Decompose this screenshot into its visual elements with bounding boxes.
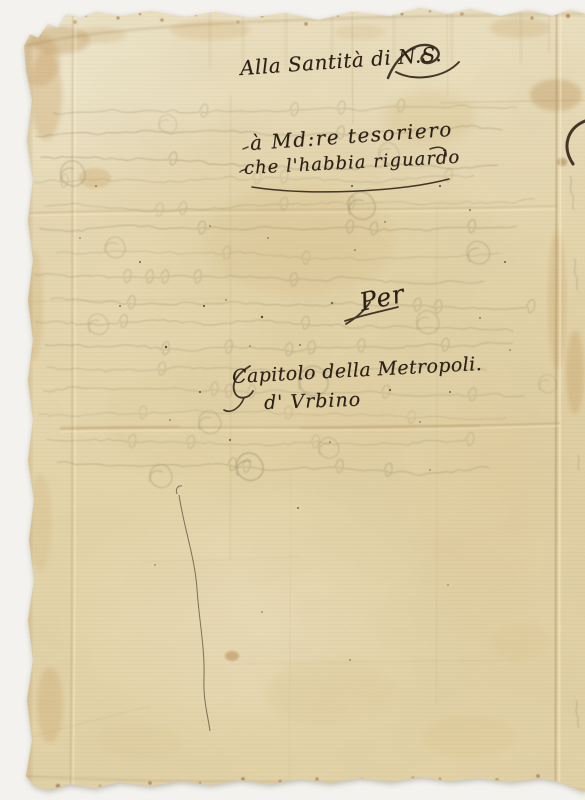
- scanned-manuscript: Alla Santità di N.S. à Md:re tesoriero c…: [0, 0, 585, 800]
- manuscript-page: Alla Santità di N.S. à Md:re tesoriero c…: [0, 0, 585, 800]
- paper-shadow-wrap: Alla Santità di N.S. à Md:re tesoriero c…: [0, 0, 585, 800]
- recipient-line-2: d' Vrbino: [264, 389, 362, 414]
